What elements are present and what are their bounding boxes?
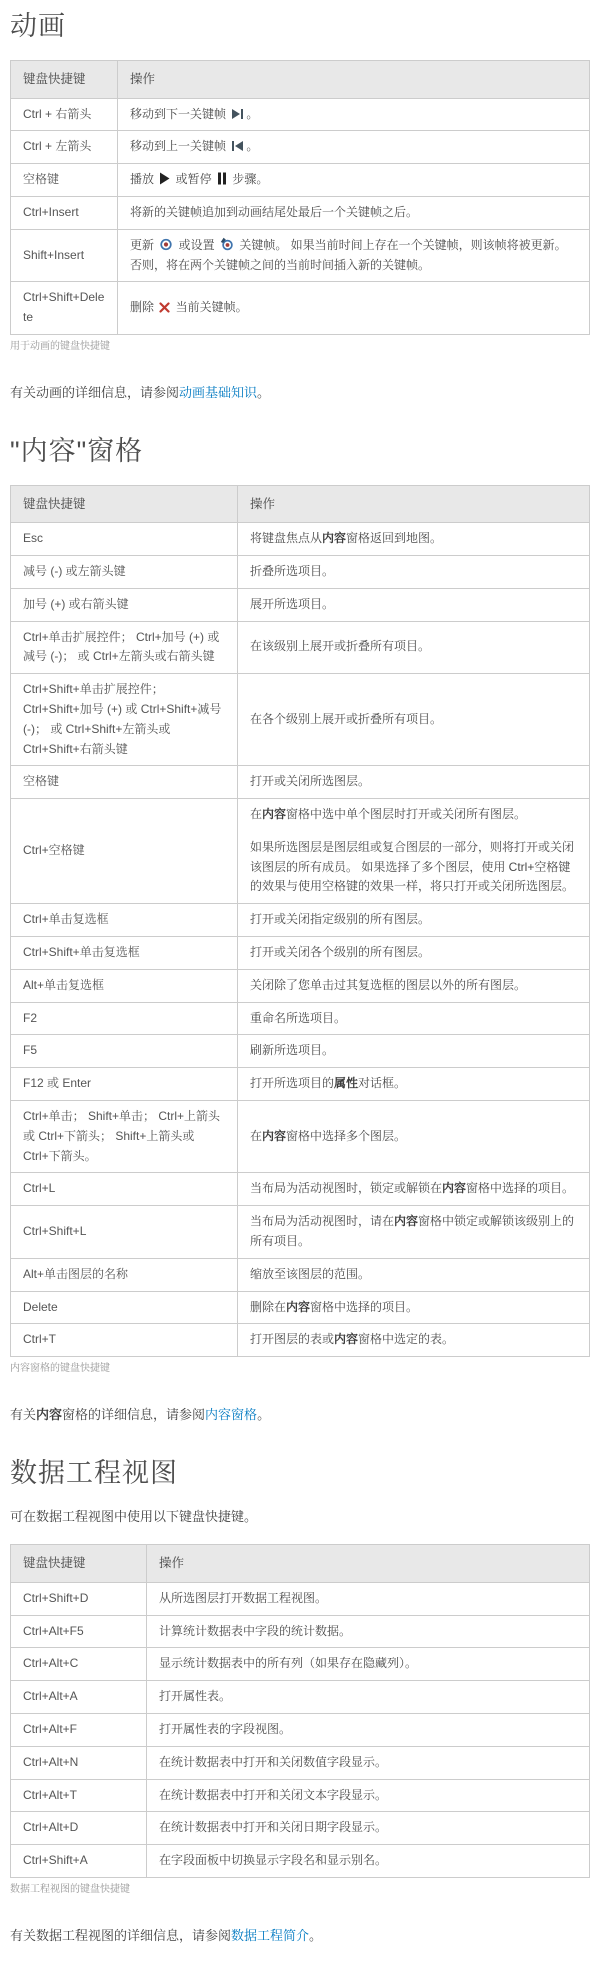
- column-header-shortcut: 键盘快捷键: [11, 485, 238, 523]
- action-cell: 折叠所选项目。: [238, 555, 590, 588]
- table-row: F2重命名所选项目。: [11, 1002, 590, 1035]
- column-header-action: 操作: [238, 485, 590, 523]
- shortcut-cell: Ctrl+T: [11, 1324, 238, 1357]
- shortcut-cell: Ctrl + 左箭头: [11, 131, 118, 164]
- action-cell: 刷新所选项目。: [238, 1035, 590, 1068]
- shortcut-cell: Ctrl+L: [11, 1173, 238, 1206]
- bold-text: 内容: [322, 531, 346, 545]
- action-cell: 移动到上一关键帧 。: [118, 131, 590, 164]
- table-row: Ctrl+Shift+单击复选框打开或关闭各个级别的所有图层。: [11, 937, 590, 970]
- shortcut-cell: Esc: [11, 523, 238, 556]
- action-cell: 打开属性表。: [147, 1681, 590, 1714]
- shortcut-cell: Ctrl+Alt+F5: [11, 1615, 147, 1648]
- info-paragraph: 有关动画的详细信息，请参阅动画基础知识。: [10, 383, 590, 403]
- shortcut-cell: Ctrl+Shift+单击扩展控件； Ctrl+Shift+加号 (+) 或 C…: [11, 674, 238, 766]
- table-row: F12 或 Enter打开所选项目的属性对话框。: [11, 1068, 590, 1101]
- table-header-row: 键盘快捷键操作: [11, 61, 590, 99]
- shortcut-cell: F12 或 Enter: [11, 1068, 238, 1101]
- table-row: Ctrl+T打开图层的表或内容窗格中选定的表。: [11, 1324, 590, 1357]
- shortcut-cell: Ctrl+单击； Shift+单击； Ctrl+上箭头或 Ctrl+下箭头； S…: [11, 1101, 238, 1173]
- table-row: Ctrl+Shift+单击扩展控件； Ctrl+Shift+加号 (+) 或 C…: [11, 674, 590, 766]
- table-header-row: 键盘快捷键操作: [11, 1545, 590, 1583]
- action-cell: 打开图层的表或内容窗格中选定的表。: [238, 1324, 590, 1357]
- doc-link[interactable]: 数据工程简介: [231, 1928, 309, 1943]
- shortcut-cell: F2: [11, 1002, 238, 1035]
- section-title-contents-pane: "内容"窗格: [10, 429, 590, 468]
- action-cell: 当布局为活动视图时，请在内容窗格中锁定或解锁该级别上的所有项目。: [238, 1206, 590, 1259]
- table-row: Ctrl+Shift+A在字段面板中切换显示字段名和显示别名。: [11, 1845, 590, 1878]
- table-header-row: 键盘快捷键操作: [11, 485, 590, 523]
- paragraph-gap: [250, 825, 577, 838]
- info-paragraph: 有关数据工程视图的详细信息，请参阅数据工程简介。: [10, 1926, 590, 1946]
- action-cell: 在该级别上展开或折叠所有项目。: [238, 621, 590, 674]
- table-row: Ctrl+Alt+T在统计数据表中打开和关闭文本字段显示。: [11, 1779, 590, 1812]
- table-caption: 用于动画的键盘快捷键: [10, 340, 590, 354]
- shortcut-cell: Ctrl+单击扩展控件； Ctrl+加号 (+) 或减号 (-)； 或 Ctrl…: [11, 621, 238, 674]
- previous-keyframe-icon: [231, 140, 244, 152]
- delete-keyframe-icon: [159, 302, 170, 313]
- bold-text: 内容: [334, 1332, 358, 1346]
- action-cell: 在字段面板中切换显示字段名和显示别名。: [147, 1845, 590, 1878]
- action-cell: 在统计数据表中打开和关闭文本字段显示。: [147, 1779, 590, 1812]
- info-paragraph: 有关内容窗格的详细信息，请参阅内容窗格。: [10, 1405, 590, 1425]
- bold-text: 内容: [262, 807, 286, 821]
- shortcut-cell: Ctrl+Shift+Delete: [11, 282, 118, 335]
- table-row: Ctrl+Alt+F打开属性表的字段视图。: [11, 1714, 590, 1747]
- shortcut-cell: Delete: [11, 1291, 238, 1324]
- action-cell: 打开所选项目的属性对话框。: [238, 1068, 590, 1101]
- column-header-shortcut: 键盘快捷键: [11, 1545, 147, 1583]
- table-row: Alt+单击图层的名称缩放至该图层的范围。: [11, 1258, 590, 1291]
- action-cell: 当布局为活动视图时，锁定或解锁在内容窗格中选择的项目。: [238, 1173, 590, 1206]
- doc-link[interactable]: 内容窗格: [205, 1407, 257, 1422]
- table-row: Esc将键盘焦点从内容窗格返回到地图。: [11, 523, 590, 556]
- action-cell: 计算统计数据表中字段的统计数据。: [147, 1615, 590, 1648]
- column-header-action: 操作: [147, 1545, 590, 1583]
- action-cell: 更新 或设置 关键帧。 如果当前时间上存在一个关键帧，则该帧将被更新。 否则，将…: [118, 229, 590, 282]
- table-row: Ctrl+单击扩展控件； Ctrl+加号 (+) 或减号 (-)； 或 Ctrl…: [11, 621, 590, 674]
- table-row: 减号 (-) 或左箭头键折叠所选项目。: [11, 555, 590, 588]
- section-animation: 动画 键盘快捷键操作Ctrl + 右箭头移动到下一关键帧 。Ctrl + 左箭头…: [10, 4, 590, 403]
- section-title-animation: 动画: [10, 4, 590, 43]
- shortcut-cell: Ctrl+Alt+T: [11, 1779, 147, 1812]
- action-cell: 显示统计数据表中的所有列（如果存在隐藏列）。: [147, 1648, 590, 1681]
- bold-text: 属性: [334, 1076, 358, 1090]
- shortcut-cell: 空格键: [11, 164, 118, 197]
- table-row: Ctrl+Alt+N在统计数据表中打开和关闭数值字段显示。: [11, 1746, 590, 1779]
- action-cell: 从所选图层打开数据工程视图。: [147, 1582, 590, 1615]
- table-row: Ctrl+Alt+A打开属性表。: [11, 1681, 590, 1714]
- intro-paragraph: 可在数据工程视图中使用以下键盘快捷键。: [10, 1507, 590, 1527]
- table-row: Ctrl+单击； Shift+单击； Ctrl+上箭头或 Ctrl+下箭头； S…: [11, 1101, 590, 1173]
- action-cell: 删除 当前关键帧。: [118, 282, 590, 335]
- table-row: Ctrl+Alt+C显示统计数据表中的所有列（如果存在隐藏列）。: [11, 1648, 590, 1681]
- action-cell: 播放 或暂停 步骤。: [118, 164, 590, 197]
- section-title-data-engineering: 数据工程视图: [10, 1451, 590, 1490]
- content-area: 动画 键盘快捷键操作Ctrl + 右箭头移动到下一关键帧 。Ctrl + 左箭头…: [0, 0, 600, 1964]
- action-cell: 在内容窗格中选中单个图层时打开或关闭所有图层。如果所选图层是图层组或复合图层的一…: [238, 799, 590, 904]
- shortcut-cell: Ctrl + 右箭头: [11, 98, 118, 131]
- table-row: Delete删除在内容窗格中选择的项目。: [11, 1291, 590, 1324]
- bold-text: 内容: [442, 1181, 466, 1195]
- shortcut-cell: Ctrl+Alt+D: [11, 1812, 147, 1845]
- action-cell: 重命名所选项目。: [238, 1002, 590, 1035]
- table-row: Ctrl+Shift+D从所选图层打开数据工程视图。: [11, 1582, 590, 1615]
- shortcut-cell: Ctrl+空格键: [11, 799, 238, 904]
- action-cell: 在统计数据表中打开和关闭日期字段显示。: [147, 1812, 590, 1845]
- bold-text: 内容: [286, 1300, 310, 1314]
- action-cell: 关闭除了您单击过其复选框的图层以外的所有图层。: [238, 969, 590, 1002]
- shortcut-cell: Ctrl+Shift+D: [11, 1582, 147, 1615]
- action-cell: 打开属性表的字段视图。: [147, 1714, 590, 1747]
- shortcut-cell: Ctrl+Shift+A: [11, 1845, 147, 1878]
- table-row: 空格键打开或关闭所选图层。: [11, 766, 590, 799]
- shortcut-cell: Ctrl+Alt+F: [11, 1714, 147, 1747]
- shortcut-cell: Ctrl+Shift+L: [11, 1206, 238, 1259]
- action-cell: 移动到下一关键帧 。: [118, 98, 590, 131]
- table-row: Alt+单击复选框关闭除了您单击过其复选框的图层以外的所有图层。: [11, 969, 590, 1002]
- table-row: Ctrl+L当布局为活动视图时，锁定或解锁在内容窗格中选择的项目。: [11, 1173, 590, 1206]
- table-row: Ctrl+单击复选框打开或关闭指定级别的所有图层。: [11, 904, 590, 937]
- shortcut-cell: Ctrl+Alt+C: [11, 1648, 147, 1681]
- table-row: Ctrl+空格键在内容窗格中选中单个图层时打开或关闭所有图层。如果所选图层是图层…: [11, 799, 590, 904]
- contents-pane-shortcuts-table: 键盘快捷键操作Esc将键盘焦点从内容窗格返回到地图。减号 (-) 或左箭头键折叠…: [10, 485, 590, 1358]
- table-caption: 内容窗格的键盘快捷键: [10, 1362, 590, 1376]
- bold-text: 内容: [262, 1129, 286, 1143]
- next-keyframe-icon: [231, 108, 244, 120]
- table-caption: 数据工程视图的键盘快捷键: [10, 1883, 590, 1897]
- bold-text: 内容: [36, 1407, 62, 1422]
- action-cell: 在各个级别上展开或折叠所有项目。: [238, 674, 590, 766]
- table-row: Ctrl+Shift+Delete删除 当前关键帧。: [11, 282, 590, 335]
- action-cell: 打开或关闭各个级别的所有图层。: [238, 937, 590, 970]
- pause-icon: [217, 172, 227, 185]
- action-cell: 打开或关闭指定级别的所有图层。: [238, 904, 590, 937]
- shortcut-cell: Shift+Insert: [11, 229, 118, 282]
- table-row: 加号 (+) 或右箭头键展开所选项目。: [11, 588, 590, 621]
- action-cell: 打开或关闭所选图层。: [238, 766, 590, 799]
- animation-shortcuts-table: 键盘快捷键操作Ctrl + 右箭头移动到下一关键帧 。Ctrl + 左箭头移动到…: [10, 60, 590, 335]
- table-row: Ctrl + 右箭头移动到下一关键帧 。: [11, 98, 590, 131]
- table-row: Ctrl+Shift+L当布局为活动视图时，请在内容窗格中锁定或解锁该级别上的所…: [11, 1206, 590, 1259]
- column-header-action: 操作: [118, 61, 590, 99]
- action-cell: 缩放至该图层的范围。: [238, 1258, 590, 1291]
- shortcut-cell: Ctrl+Alt+A: [11, 1681, 147, 1714]
- section-data-engineering: 数据工程视图 可在数据工程视图中使用以下键盘快捷键。 键盘快捷键操作Ctrl+S…: [10, 1451, 590, 1946]
- action-cell: 将新的关键帧追加到动画结尾处最后一个关键帧之后。: [118, 197, 590, 230]
- shortcut-cell: Alt+单击图层的名称: [11, 1258, 238, 1291]
- table-row: Ctrl+Alt+D在统计数据表中打开和关闭日期字段显示。: [11, 1812, 590, 1845]
- table-row: 空格键播放 或暂停 步骤。: [11, 164, 590, 197]
- shortcut-cell: Ctrl+Insert: [11, 197, 118, 230]
- action-cell: 将键盘焦点从内容窗格返回到地图。: [238, 523, 590, 556]
- action-cell: 在统计数据表中打开和关闭数值字段显示。: [147, 1746, 590, 1779]
- column-header-shortcut: 键盘快捷键: [11, 61, 118, 99]
- action-cell: 在内容窗格中选择多个图层。: [238, 1101, 590, 1173]
- table-row: Ctrl+Insert将新的关键帧追加到动画结尾处最后一个关键帧之后。: [11, 197, 590, 230]
- shortcut-cell: Ctrl+Shift+单击复选框: [11, 937, 238, 970]
- shortcut-cell: Alt+单击复选框: [11, 969, 238, 1002]
- table-row: Ctrl + 左箭头移动到上一关键帧 。: [11, 131, 590, 164]
- shortcut-cell: Ctrl+Alt+N: [11, 1746, 147, 1779]
- data-engineering-shortcuts-table: 键盘快捷键操作Ctrl+Shift+D从所选图层打开数据工程视图。Ctrl+Al…: [10, 1544, 590, 1878]
- shortcut-cell: F5: [11, 1035, 238, 1068]
- action-cell: 展开所选项目。: [238, 588, 590, 621]
- table-row: F5刷新所选项目。: [11, 1035, 590, 1068]
- table-row: Ctrl+Alt+F5计算统计数据表中字段的统计数据。: [11, 1615, 590, 1648]
- action-cell: 删除在内容窗格中选择的项目。: [238, 1291, 590, 1324]
- set-keyframe-icon: [220, 237, 234, 251]
- shortcut-cell: 减号 (-) 或左箭头键: [11, 555, 238, 588]
- shortcut-cell: 空格键: [11, 766, 238, 799]
- bold-text: 内容: [394, 1214, 418, 1228]
- shortcut-cell: Ctrl+单击复选框: [11, 904, 238, 937]
- section-contents-pane: "内容"窗格 键盘快捷键操作Esc将键盘焦点从内容窗格返回到地图。减号 (-) …: [10, 429, 590, 1425]
- update-keyframe-icon: [159, 237, 173, 251]
- shortcut-cell: 加号 (+) 或右箭头键: [11, 588, 238, 621]
- table-row: Shift+Insert更新 或设置 关键帧。 如果当前时间上存在一个关键帧，则…: [11, 229, 590, 282]
- play-icon: [159, 172, 170, 185]
- doc-link[interactable]: 动画基础知识: [179, 385, 257, 400]
